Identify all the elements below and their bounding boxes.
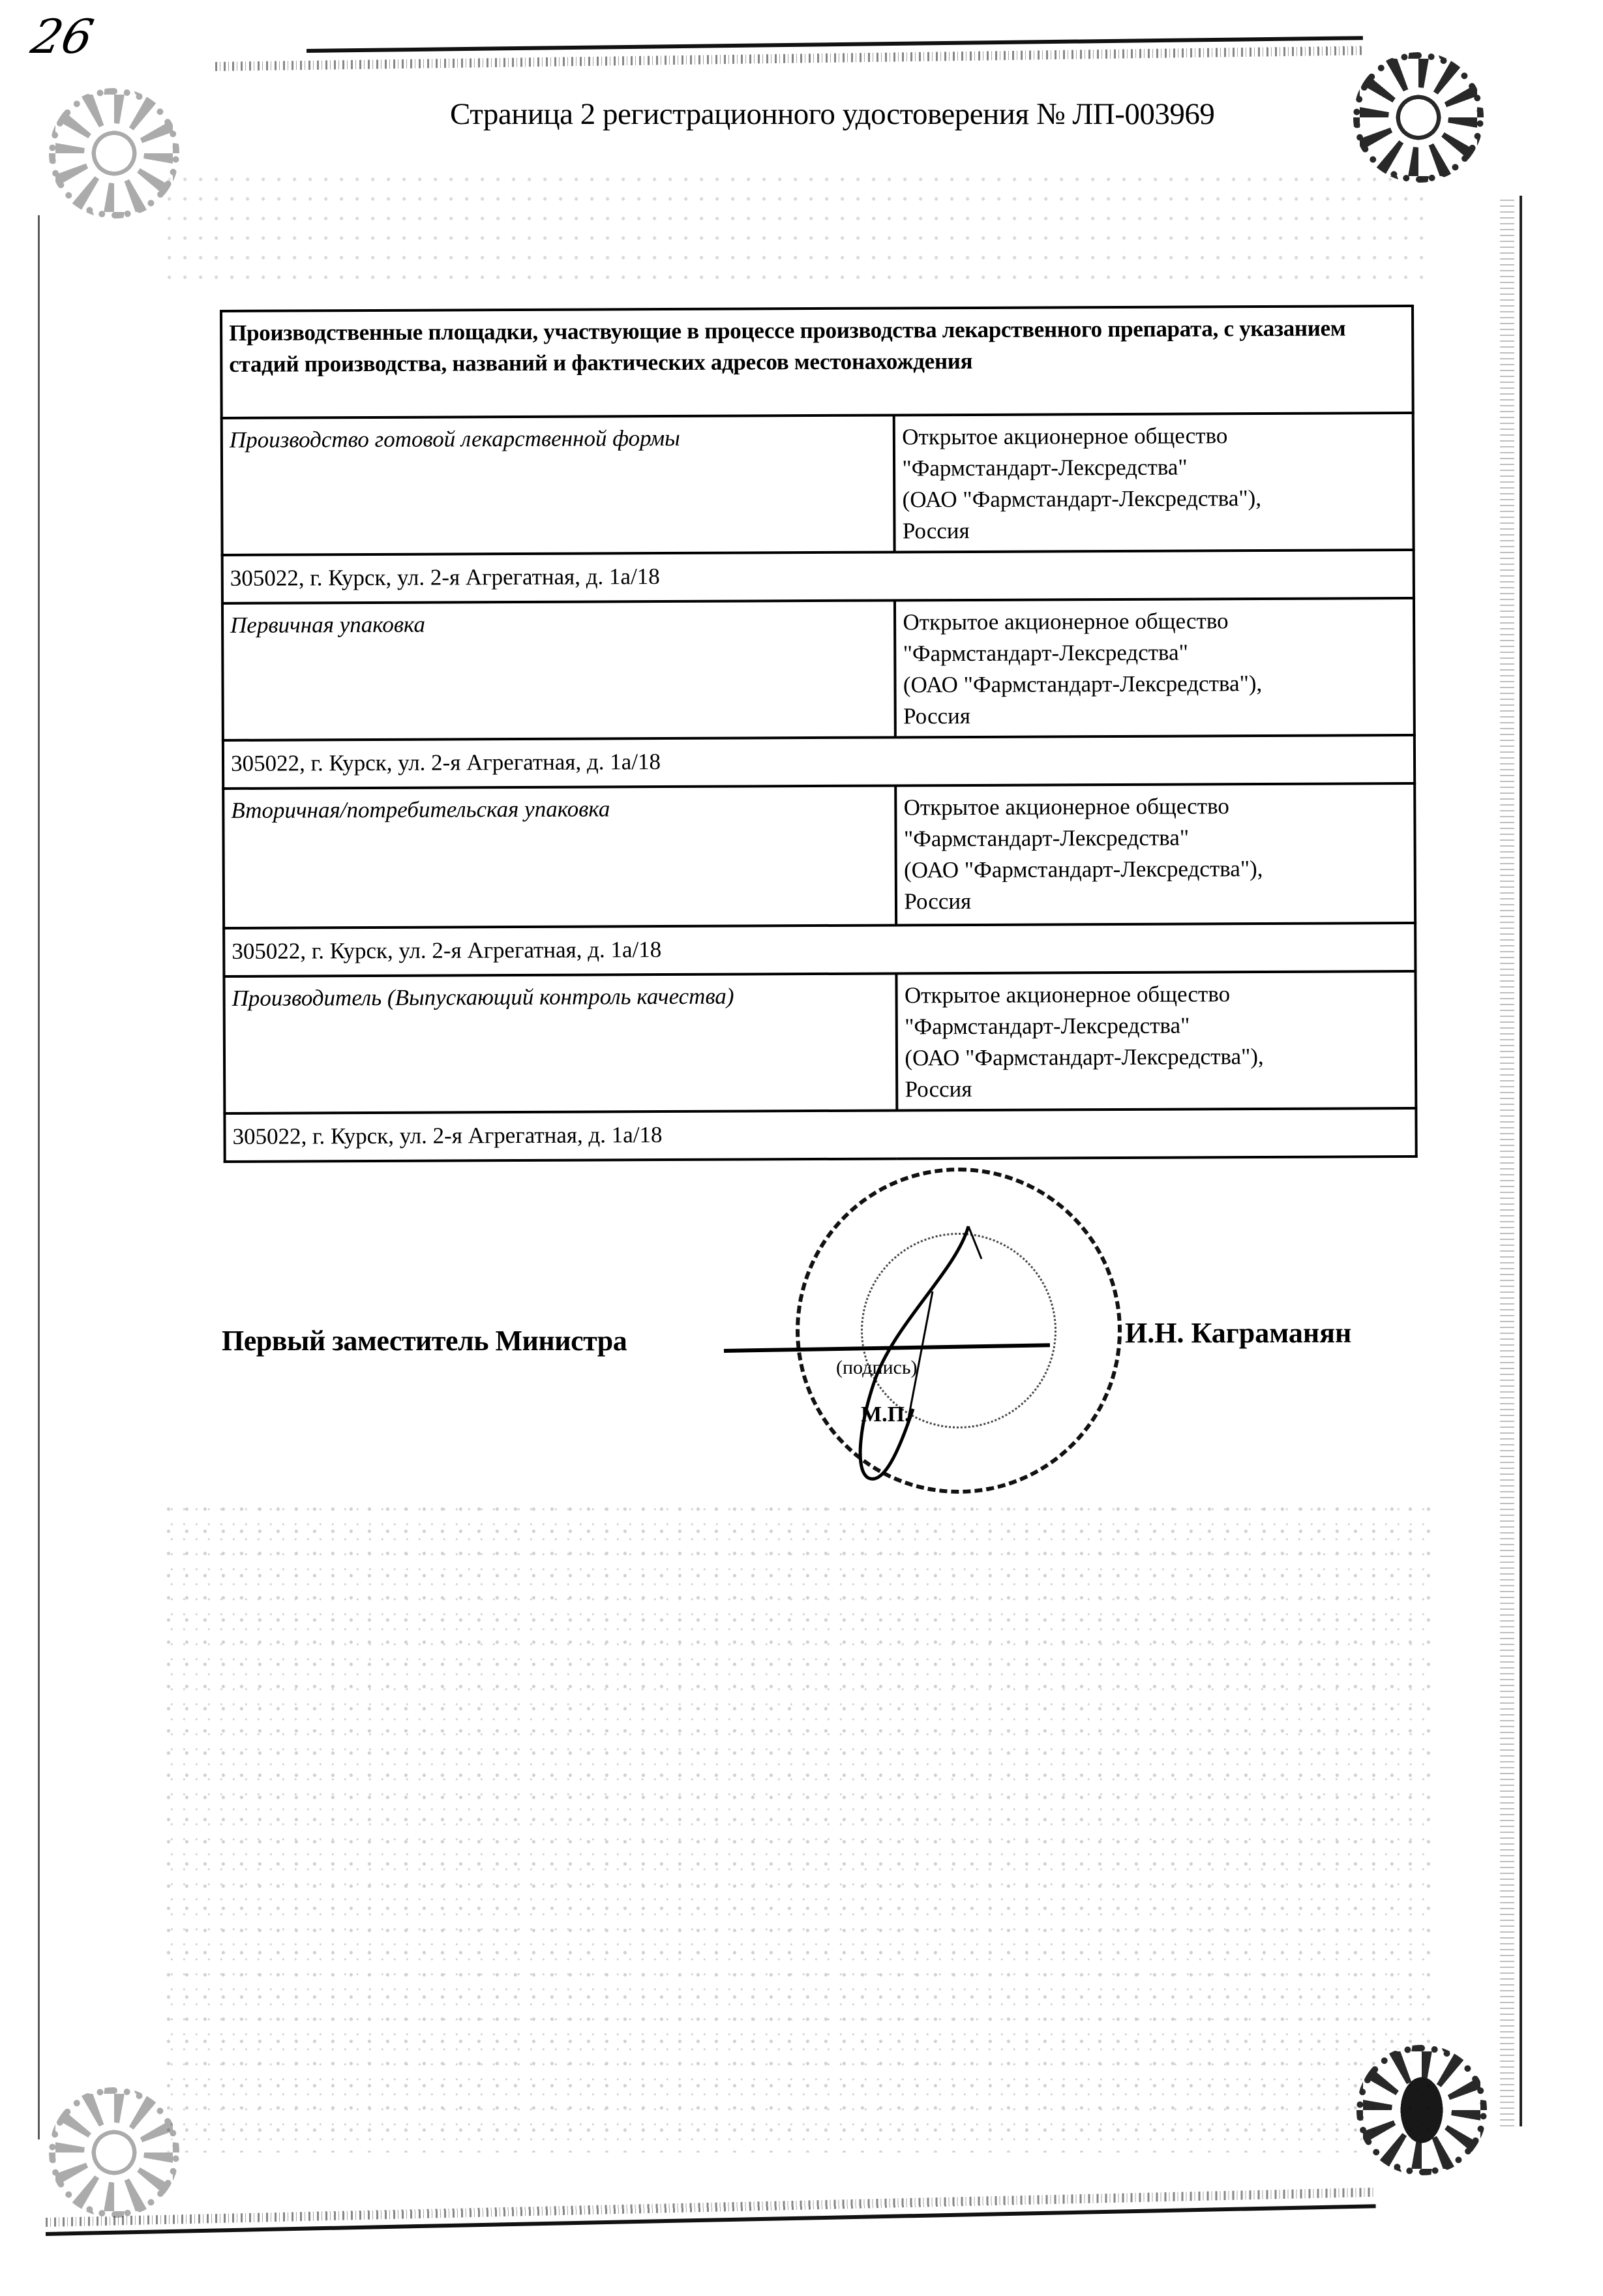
address-cell: 305022, г. Курск, ул. 2-я Агрегатная, д.… (222, 550, 1414, 603)
signatory-name: И.Н. Каграманян (1125, 1316, 1351, 1350)
organization-cell: Открытое акционерное общество "Фармстанд… (896, 783, 1416, 925)
stage-cell: Первичная упаковка (222, 600, 895, 740)
organization-line: Россия (903, 513, 1406, 547)
page-title: Страница 2 регистрационного удостоверени… (450, 97, 1214, 132)
security-pattern-top (163, 170, 1435, 287)
security-pattern-background (163, 1500, 1435, 2152)
stage-cell: Производитель (Выпускающий контроль каче… (224, 973, 897, 1113)
organization-line: "Фармстандарт-Лексредства" (903, 636, 1407, 669)
table-header-cell: Производственные площадки, участвующие в… (221, 306, 1413, 418)
frame-left-border (38, 215, 40, 2139)
rosette-top-left-icon (49, 88, 179, 219)
organization-line: (ОАО "Фармстандарт-Лексредства"), (903, 667, 1407, 701)
stamp-place-mark: М.П. (861, 1402, 910, 1427)
manufacturing-sites-table: Производственные площадки, участвующие в… (220, 305, 1418, 1163)
table-row: Производитель (Выпускающий контроль каче… (224, 971, 1416, 1113)
organization-line: Открытое акционерное общество (902, 419, 1405, 453)
organization-line: Открытое акционерное общество (903, 605, 1406, 638)
rosette-top-right-icon (1353, 52, 1484, 183)
organization-line: "Фармстандарт-Лексредства" (904, 821, 1407, 854)
table-row: Производство готовой лекарственной формы… (222, 413, 1414, 555)
organization-cell: Открытое акционерное общество "Фармстанд… (895, 598, 1415, 737)
signatory-position: Первый заместитель Министра (222, 1324, 627, 1357)
frame-right-border (1520, 196, 1522, 2126)
table-row: Первичная упаковка Открытое акционерное … (222, 598, 1415, 740)
organization-line: (ОАО "Фармстандарт-Лексредства"), (904, 853, 1407, 886)
address-row: 305022, г. Курск, ул. 2-я Агрегатная, д.… (223, 735, 1415, 789)
frame-right-ornament (1500, 196, 1514, 2126)
organization-line: Открытое акционерное общество (904, 790, 1407, 823)
table-row: Вторичная/потребительская упаковка Откры… (223, 783, 1415, 928)
organization-line: (ОАО "Фармстандарт-Лексредства"), (905, 1040, 1408, 1074)
organization-cell: Открытое акционерное общество "Фармстанд… (894, 413, 1414, 552)
organization-line: "Фармстандарт-Лексредства" (902, 451, 1405, 484)
address-row: 305022, г. Курск, ул. 2-я Агрегатная, д.… (224, 923, 1415, 976)
organization-line: Открытое акционерное общество (905, 978, 1408, 1011)
organization-line: "Фармстандарт-Лексредства" (905, 1009, 1408, 1042)
table-header-row: Производственные площадки, участвующие в… (221, 306, 1413, 418)
stage-cell: Вторичная/потребительская упаковка (223, 785, 896, 928)
address-cell: 305022, г. Курск, ул. 2-я Агрегатная, д.… (224, 1108, 1416, 1162)
rosette-bottom-right-icon (1356, 2045, 1487, 2175)
address-row: 305022, г. Курск, ул. 2-я Агрегатная, д.… (224, 1108, 1416, 1162)
organization-line: Россия (905, 1072, 1408, 1105)
stage-cell: Производство готовой лекарственной формы (222, 415, 895, 554)
signature-caption: (подпись) (836, 1357, 918, 1379)
organization-cell: Открытое акционерное общество "Фармстанд… (897, 971, 1416, 1110)
address-cell: 305022, г. Курск, ул. 2-я Агрегатная, д.… (224, 923, 1415, 976)
address-cell: 305022, г. Курск, ул. 2-я Агрегатная, д.… (223, 735, 1415, 789)
address-row: 305022, г. Курск, ул. 2-я Агрегатная, д.… (222, 550, 1414, 603)
organization-line: (ОАО "Фармстандарт-Лексредства"), (903, 482, 1406, 515)
handwritten-page-number: 26 (27, 13, 97, 60)
rosette-bottom-left-icon (49, 2087, 179, 2218)
organization-line: Россия (903, 699, 1407, 732)
organization-line: Россия (904, 884, 1407, 917)
